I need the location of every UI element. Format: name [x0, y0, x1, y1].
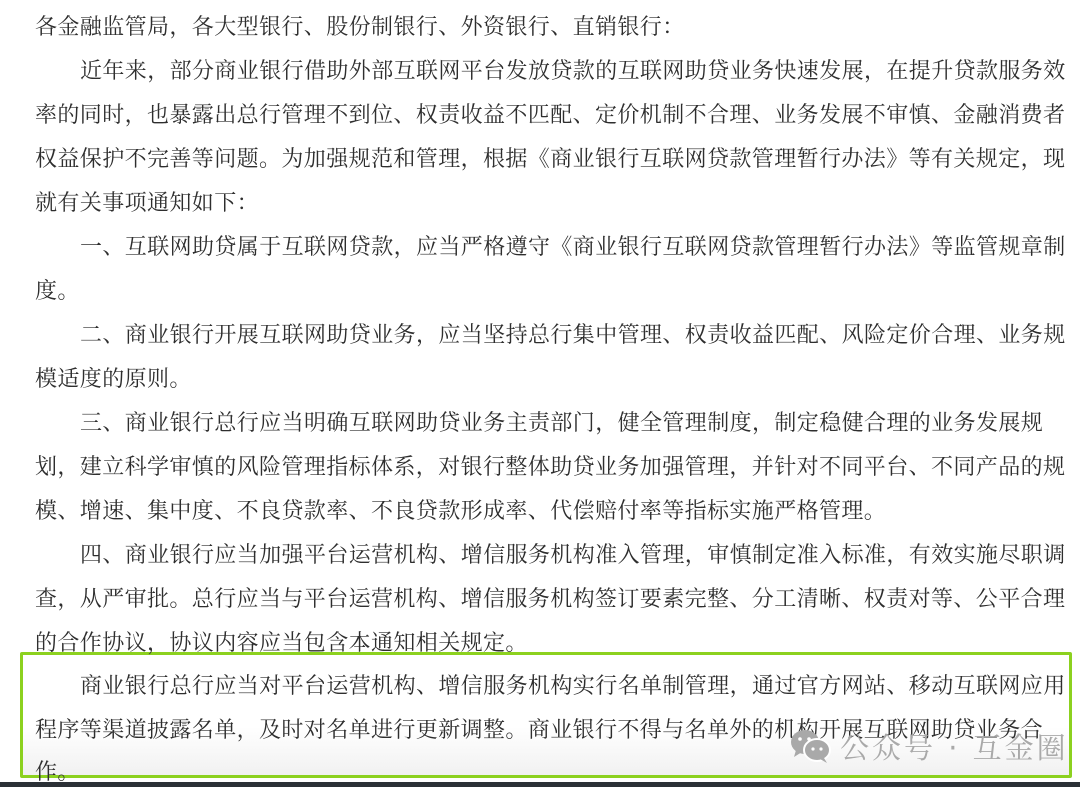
doc-line-intro-1: 近年来，部分商业银行借助外部互联网平台发放贷款的互联网助贷业务快速发展，在提升贷…: [80, 50, 1066, 94]
doc-line-intro-2: 率的同时，也暴露出总行管理不到位、权责收益不匹配、定价机制不合理、业务发展不审慎…: [35, 94, 1065, 138]
doc-line-item4-1: 四、商业银行应当加强平台运营机构、增信服务机构准入管理，审慎制定准入标准，有效实…: [80, 534, 1066, 578]
doc-line-intro-4: 就有关事项通知如下：: [35, 182, 259, 226]
bottom-edge-strip: [0, 782, 1080, 787]
wechat-icon: [790, 728, 832, 764]
doc-line-item4-3: 的合作协议，协议内容应当包含本通知相关规定。: [35, 622, 528, 666]
watermark-text: 公众号 · 互金圈: [840, 726, 1069, 767]
doc-line-item3-2: 划，建立科学审慎的风险管理指标体系，对银行整体助贷业务加强管理，并针对不同平台、…: [35, 446, 1065, 490]
doc-line-item2-2: 模适度的原则。: [35, 358, 192, 402]
doc-line-item1-2: 度。: [35, 270, 80, 314]
doc-line-intro-3: 权益保护不完善等问题。为加强规范和管理，根据《商业银行互联网贷款管理暂行办法》等…: [35, 138, 1065, 182]
doc-line-item2-1: 二、商业银行开展互联网助贷业务，应当坚持总行集中管理、权责收益匹配、风险定价合理…: [80, 314, 1066, 358]
doc-line-item3-1: 三、商业银行总行应当明确互联网助贷业务主责部门，健全管理制度，制定稳健合理的业务…: [80, 402, 1043, 446]
doc-line-item4-2: 查，从严审批。总行应当与平台运营机构、增信服务机构签订要素完整、分工清晰、权责对…: [35, 578, 1065, 622]
doc-line-item1-1: 一、互联网助贷属于互联网贷款，应当严格遵守《商业银行互联网贷款管理暂行办法》等监…: [80, 226, 1066, 270]
highlighted-line-1: 商业银行总行应当对平台运营机构、增信服务机构实行名单制管理，通过官方网站、移动互…: [80, 665, 1066, 709]
doc-line-addressee: 各金融监管局，各大型银行、股份制银行、外资银行、直销银行：: [35, 6, 685, 50]
doc-line-item3-3: 模、增速、集中度、不良贷款率、不良贷款形成率、代偿赔付率等指标实施严格管理。: [35, 490, 886, 534]
watermark: 公众号 · 互金圈: [790, 728, 1069, 764]
